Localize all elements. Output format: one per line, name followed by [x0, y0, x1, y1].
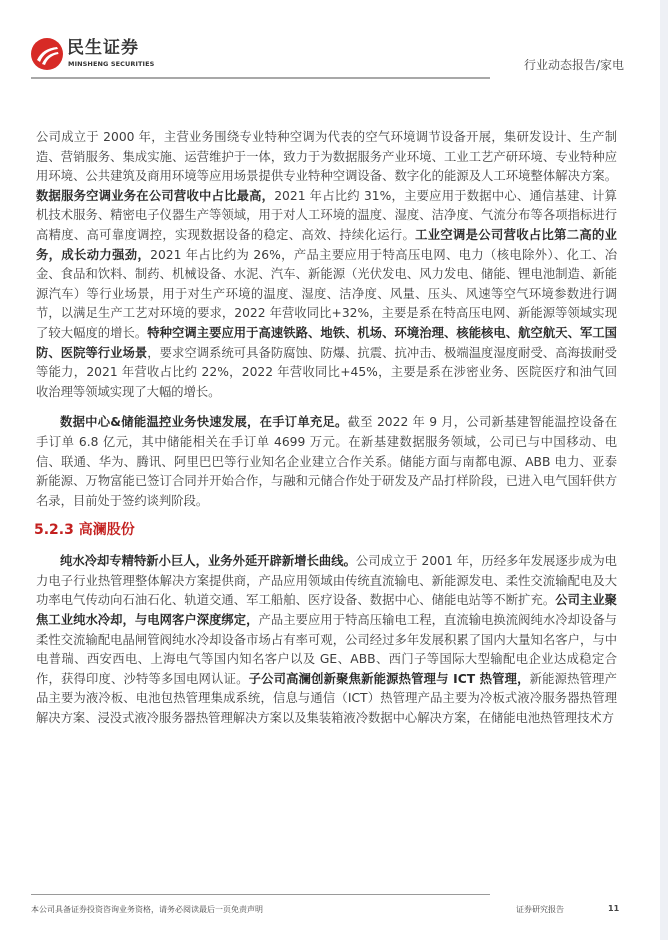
bold-run: 数据中心&储能温控业务快速发展，在手订单充足。	[60, 415, 348, 429]
logo-english-name: MINSHENG SECURITIES	[68, 60, 154, 68]
report-category: 行业动态报告/家电	[524, 56, 624, 73]
paragraph-gap	[36, 402, 617, 413]
company-logo: 民生证券 MINSHENG SECURITIES	[31, 38, 156, 72]
minsheng-logo-icon	[31, 38, 63, 70]
paragraph-tongfei-business: 公司成立于 2000 年，主营业务围绕专业特种空调为代表的空气环境调节设备开展，…	[36, 128, 617, 402]
paragraph-gaolan: 纯水冷却专精特新小巨人，业务外延开辟新增长曲线。公司成立于 2001 年，历经多…	[36, 552, 617, 728]
section-heading: 5.2.3 高澜股份	[34, 520, 617, 540]
page-edge-strip	[660, 0, 668, 940]
text-run: 公司成立于 2000 年，主营业务围绕专业特种空调为代表的空气环境调节设备开展，…	[36, 130, 617, 183]
footer-doc-type: 证券研究报告	[516, 904, 564, 915]
bold-run: 数据服务空调业务在公司营收中占比最高，	[36, 189, 274, 203]
bold-run: 纯水冷却专精特新小巨人，业务外延开辟新增长曲线。	[60, 554, 356, 568]
page-number: 11	[608, 904, 619, 913]
page-header: 民生证券 MINSHENG SECURITIES 行业动态报告/家电	[31, 36, 624, 78]
bold-run: 子公司高澜创新聚焦新能源热管理与 ICT 热管理，	[249, 672, 530, 686]
header-divider-spacer	[31, 77, 490, 79]
footer-disclaimer: 本公司具备证券投资咨询业务资格，请务必阅读最后一页免责声明	[31, 904, 263, 915]
logo-chinese-name: 民生证券	[67, 38, 139, 58]
footer-divider	[31, 894, 490, 895]
paragraph-orders: 数据中心&储能温控业务快速发展，在手订单充足。截至 2022 年 9 月，公司新…	[36, 413, 617, 511]
document-body: 公司成立于 2000 年，主营业务围绕专业特种空调为代表的空气环境调节设备开展，…	[36, 128, 617, 729]
